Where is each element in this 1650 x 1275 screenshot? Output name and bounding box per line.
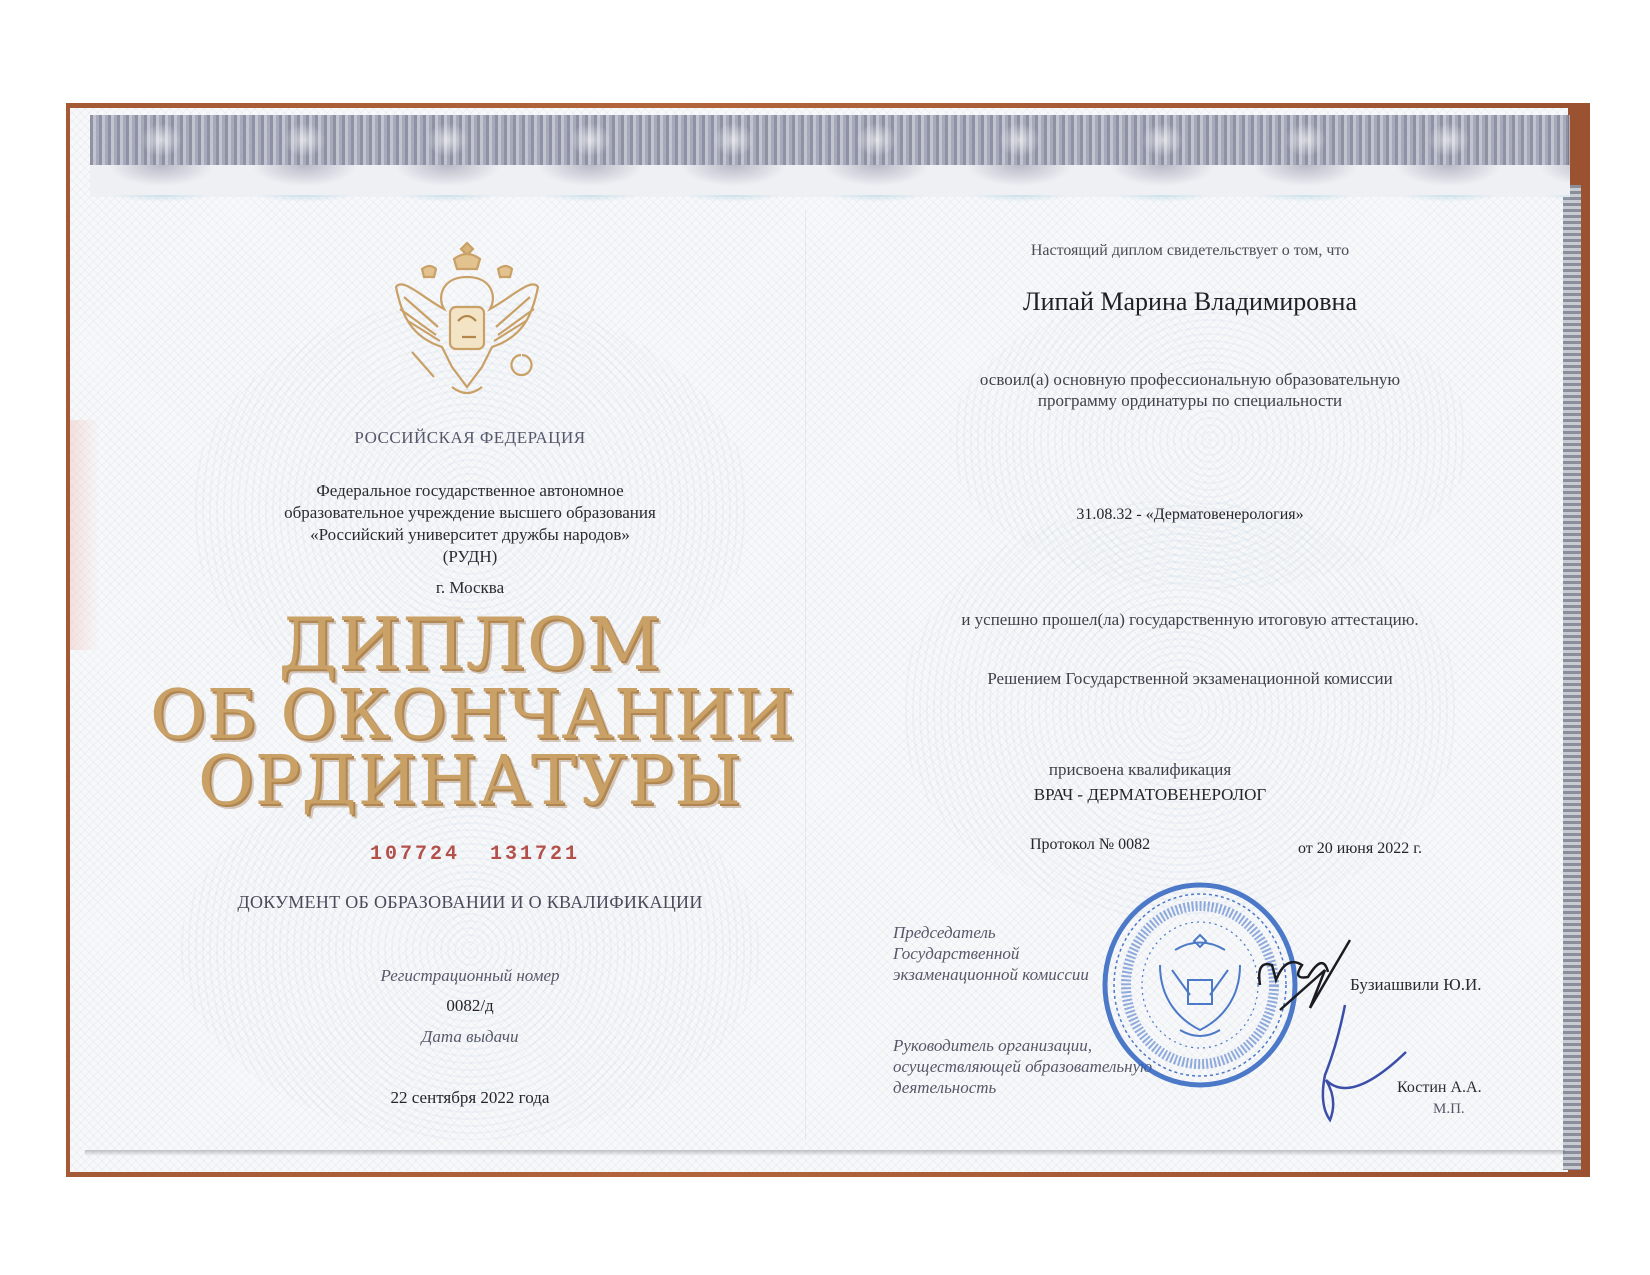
certification-intro: Настоящий диплом свидетельствует о том, … — [900, 242, 1480, 260]
country-heading: РОССИЙСКАЯ ФЕДЕРАЦИЯ — [285, 428, 655, 448]
program-statement: освоил(а) основную профессиональную обра… — [900, 369, 1480, 411]
russian-coat-of-arms-icon — [382, 237, 552, 402]
head-name: Костин А.А. — [1397, 1079, 1482, 1097]
commission-decision: Решением Государственной экзаменационной… — [880, 669, 1500, 689]
chairman-name: Бузиашвили Ю.И. — [1350, 975, 1482, 995]
guilloche-edge — [1563, 185, 1581, 1170]
diploma-title-line-3: ОРДИНАТУРЫ — [150, 748, 790, 816]
bottom-fold-shadow — [85, 1150, 1565, 1156]
guilloche-top-band — [90, 115, 1570, 165]
qualification-label: присвоена квалификация — [900, 760, 1380, 780]
attestation-statement: и успешно прошел(ла) государственную ито… — [880, 610, 1500, 630]
registration-number: 0082/д — [370, 996, 570, 1016]
guilloche-band-ornament — [90, 165, 1570, 197]
security-tint — [70, 420, 100, 650]
qualification: ВРАЧ - ДЕРМАТОВЕНЕРОЛОГ — [900, 785, 1400, 805]
specialty: 31.08.32 - «Дерматовенерология» — [900, 506, 1480, 524]
issue-date-label: Дата выдачи — [370, 1027, 570, 1047]
organization-line: «Российский университет дружбы народов» — [220, 524, 720, 546]
protocol-number: Протокол № 0082 — [1030, 836, 1150, 854]
organization-line: образовательное учреждение высшего образ… — [220, 502, 720, 524]
organization-line: Федеральное государственное автономное — [220, 480, 720, 502]
city: г. Москва — [370, 578, 570, 598]
diploma-title-line-1: ДИПЛОМ — [150, 608, 790, 680]
guilloche-scallop — [90, 195, 1570, 207]
organization-name: Федеральное государственное автономное о… — [220, 480, 720, 568]
chairman-label: Председатель Государственной экзаменацио… — [893, 922, 1089, 985]
head-signature — [1310, 1000, 1420, 1130]
organization-line: (РУДН) — [220, 546, 720, 568]
document-type: ДОКУМЕНТ ОБ ОБРАЗОВАНИИ И О КВАЛИФИКАЦИИ — [160, 892, 780, 913]
diploma-title-line-2: ОБ ОКОНЧАНИИ — [150, 682, 790, 750]
seal-mark: М.П. — [1433, 1101, 1465, 1118]
chairman-label-line: Государственной — [893, 943, 1089, 964]
serial-number: 107724 131721 — [330, 843, 620, 866]
chairman-label-line: экзаменационной комиссии — [893, 964, 1089, 985]
chairman-label-line: Председатель — [893, 922, 1089, 943]
issue-date: 22 сентября 2022 года — [320, 1088, 620, 1108]
registration-label: Регистрационный номер — [320, 966, 620, 986]
program-statement-line: освоил(а) основную профессиональную обра… — [900, 369, 1480, 390]
program-statement-line: программу ординатуры по специальности — [900, 390, 1480, 411]
page-fold — [805, 210, 806, 1140]
protocol-date: от 20 июня 2022 г. — [1298, 840, 1422, 858]
holder-name: Липай Марина Владимировна — [900, 287, 1480, 317]
